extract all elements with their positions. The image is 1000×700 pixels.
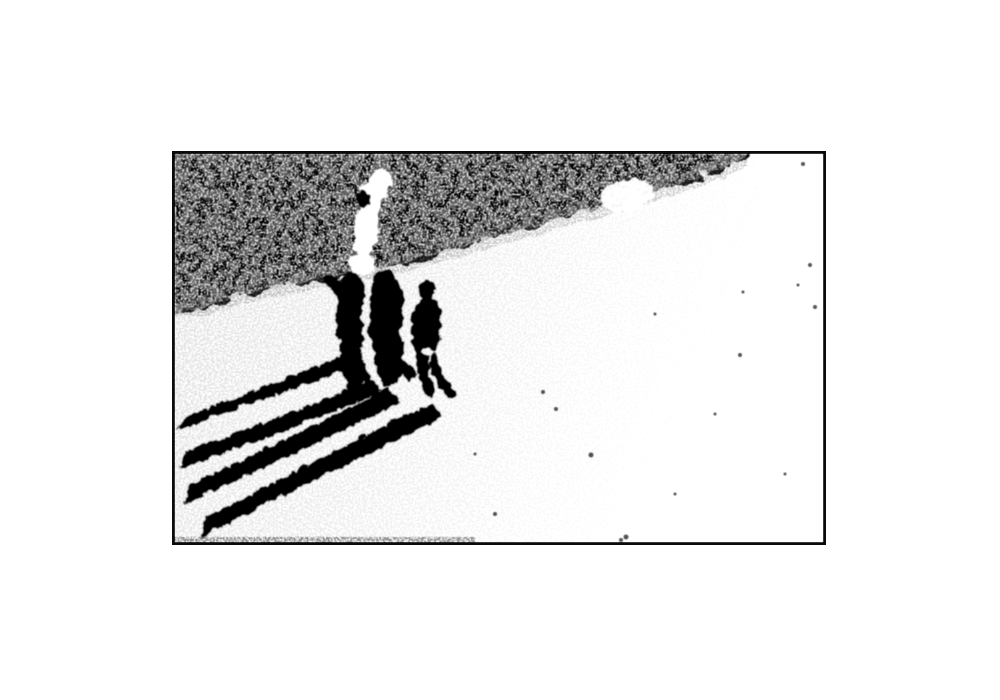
snow-speck xyxy=(797,284,800,287)
bottom-edge-smudge xyxy=(175,537,475,542)
snow-speck xyxy=(784,473,787,476)
snow-speck xyxy=(554,407,558,411)
person-right-head xyxy=(417,279,434,298)
snow-speck xyxy=(742,291,745,294)
photo-canvas xyxy=(175,154,823,542)
snow-speck xyxy=(474,453,477,456)
snow-speck xyxy=(813,305,817,309)
snow-speck xyxy=(589,453,594,458)
snow-speck xyxy=(619,538,623,542)
snow-speck xyxy=(493,512,497,516)
snow-speck xyxy=(541,390,545,394)
framed-photograph xyxy=(172,151,826,545)
snow-speck xyxy=(654,313,657,316)
snow-speck xyxy=(808,263,812,267)
snow-speck xyxy=(738,353,742,357)
person-left-light-head xyxy=(347,251,373,273)
person-right-silhouette xyxy=(410,296,440,351)
snow-speck xyxy=(624,535,629,540)
person-white-coat-head xyxy=(356,190,371,207)
snow-speck xyxy=(674,493,677,496)
snow-speck xyxy=(714,413,717,416)
snow-speck xyxy=(801,162,805,166)
